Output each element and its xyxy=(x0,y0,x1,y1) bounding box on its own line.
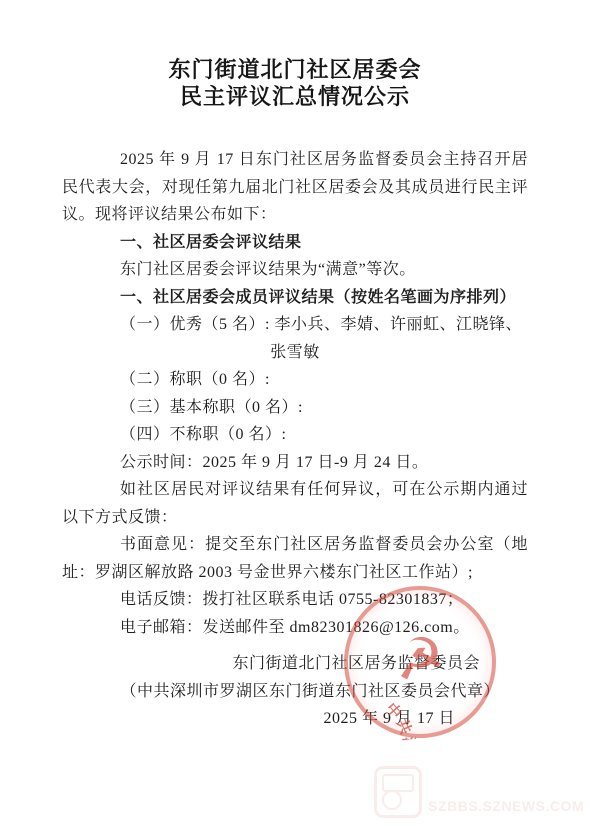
paragraph-committee-result: 东门社区居委会评议结果为“满意”等次。 xyxy=(62,256,528,284)
signature-proxy: （中共深圳市罗湖区东门街道东门社区委员会代章） xyxy=(62,678,528,706)
page-title: 东门街道北门社区居委会 民主评议汇总情况公示 xyxy=(62,56,528,110)
signature-date: 2025 年 9 月 17 日 xyxy=(62,705,528,733)
line-competent: （二）称职（0 名）: xyxy=(62,366,528,394)
line-excellent-names: （一）优秀（5 名）: 李小兵、李婧、许丽虹、江晓锋、 xyxy=(62,311,528,339)
title-line-1: 东门街道北门社区居委会 xyxy=(62,56,528,83)
signature-org: 东门街道北门社区居务监督委员会 xyxy=(62,650,528,678)
heading-member-result: 一、社区居委会成员评议结果（按姓名笔画为序排列） xyxy=(62,284,528,312)
paragraph-email-feedback: 电子邮箱：发送邮件至 dm82301826@126.com。 xyxy=(62,614,528,642)
paragraph-written-feedback: 书面意见：提交至东门社区居务监督委员会办公室（地址：罗湖区解放路 2003 号金… xyxy=(62,531,528,586)
paragraph-phone-feedback: 电话反馈：拨打社区联系电话 0755-82301837； xyxy=(62,586,528,614)
watermark: SZBBS.SZNEWS.COM xyxy=(374,766,584,818)
sznews-logo-icon xyxy=(374,766,422,818)
paragraph-opening: 2025 年 9 月 17 日东门社区居务监督委员会主持召开居民代表大会，对现任… xyxy=(62,146,528,229)
signature-block: 东门街道北门社区居务监督委员会 （中共深圳市罗湖区东门街道东门社区委员会代章） … xyxy=(62,650,528,733)
line-not-competent: （四）不称职（0 名）: xyxy=(62,421,528,449)
logo-detail-bottom xyxy=(382,790,402,810)
line-excellent-names-cont: 张雪敏 xyxy=(62,339,528,367)
notice-document: 东门街道北门社区居委会 民主评议汇总情况公示 2025 年 9 月 17 日东门… xyxy=(0,0,590,826)
notice-body: 2025 年 9 月 17 日东门社区居务监督委员会主持召开居民代表大会，对现任… xyxy=(62,146,528,641)
scanned-notice-page: { "title": { "line1": "东门街道北门社区居委会", "li… xyxy=(0,0,590,826)
heading-committee-result: 一、社区居委会评议结果 xyxy=(62,229,528,257)
paragraph-feedback-intro: 如社区居民对评议结果有任何异议，可在公示期内通过以下方式反馈： xyxy=(62,476,528,531)
line-basic-competent: （三）基本称职（0 名）: xyxy=(62,394,528,422)
line-publicity-period: 公示时间：2025 年 9 月 17 日-9 月 24 日。 xyxy=(62,449,528,477)
watermark-text: SZBBS.SZNEWS.COM xyxy=(428,798,584,818)
title-line-2: 民主评议汇总情况公示 xyxy=(62,83,528,110)
logo-detail-top xyxy=(382,774,414,792)
